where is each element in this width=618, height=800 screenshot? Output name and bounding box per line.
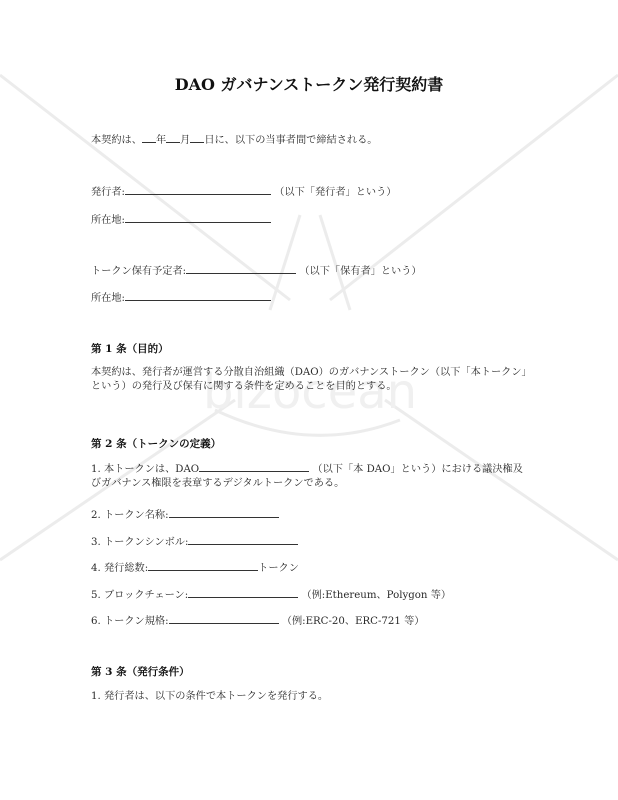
issuer-address-blank[interactable] xyxy=(125,212,271,223)
token-standard-blank[interactable] xyxy=(169,613,279,624)
intro-line: 本契約は、年月日に、以下の当事者間で締結される。 xyxy=(91,132,378,147)
article1-body: 本契約は、発行者が運営する分散自治組織（DAO）のガバナンストークン（以下「本ト… xyxy=(91,366,531,394)
article2-item4: 4. 発行総数:トークン xyxy=(91,560,299,575)
article1-heading: 第 1 条（目的） xyxy=(91,341,169,356)
holder-address-blank[interactable] xyxy=(125,290,271,301)
total-supply-blank[interactable] xyxy=(148,560,258,571)
article2-item6: 6. トークン規格: （例:ERC-20、ERC-721 等） xyxy=(91,613,424,628)
month-blank[interactable] xyxy=(166,132,180,143)
document-title: DAO ガバナンストークン発行契約書 xyxy=(0,72,618,95)
blockchain-blank[interactable] xyxy=(188,587,298,598)
article3-item1: 1. 発行者は、以下の条件で本トークンを発行する。 xyxy=(91,690,328,703)
article2-item1: 1. 本トークンは、DAO （以下「本 DAO」という）における議決権及びガバナ… xyxy=(91,461,531,491)
holder-address-line: 所在地: xyxy=(91,290,271,305)
token-name-blank[interactable] xyxy=(169,507,279,518)
dao-name-blank[interactable] xyxy=(199,461,309,472)
token-symbol-blank[interactable] xyxy=(188,534,298,545)
article2-heading: 第 2 条（トークンの定義） xyxy=(91,436,221,451)
document-page: DAO ガバナンストークン発行契約書 本契約は、年月日に、以下の当事者間で締結さ… xyxy=(0,0,618,800)
article2-item3: 3. トークンシンボル: xyxy=(91,534,298,549)
article3-heading: 第 3 条（発行条件） xyxy=(91,664,190,679)
year-blank[interactable] xyxy=(142,132,156,143)
holder-name-blank[interactable] xyxy=(186,263,296,274)
article2-item2: 2. トークン名称: xyxy=(91,507,279,522)
day-blank[interactable] xyxy=(190,132,204,143)
article2-item5: 5. ブロックチェーン: （例:Ethereum、Polygon 等） xyxy=(91,587,451,602)
issuer-line: 発行者: （以下「発行者」という） xyxy=(91,184,397,199)
issuer-address-line: 所在地: xyxy=(91,212,271,227)
issuer-name-blank[interactable] xyxy=(125,184,271,195)
holder-line: トークン保有予定者: （以下「保有者」という） xyxy=(91,263,422,278)
